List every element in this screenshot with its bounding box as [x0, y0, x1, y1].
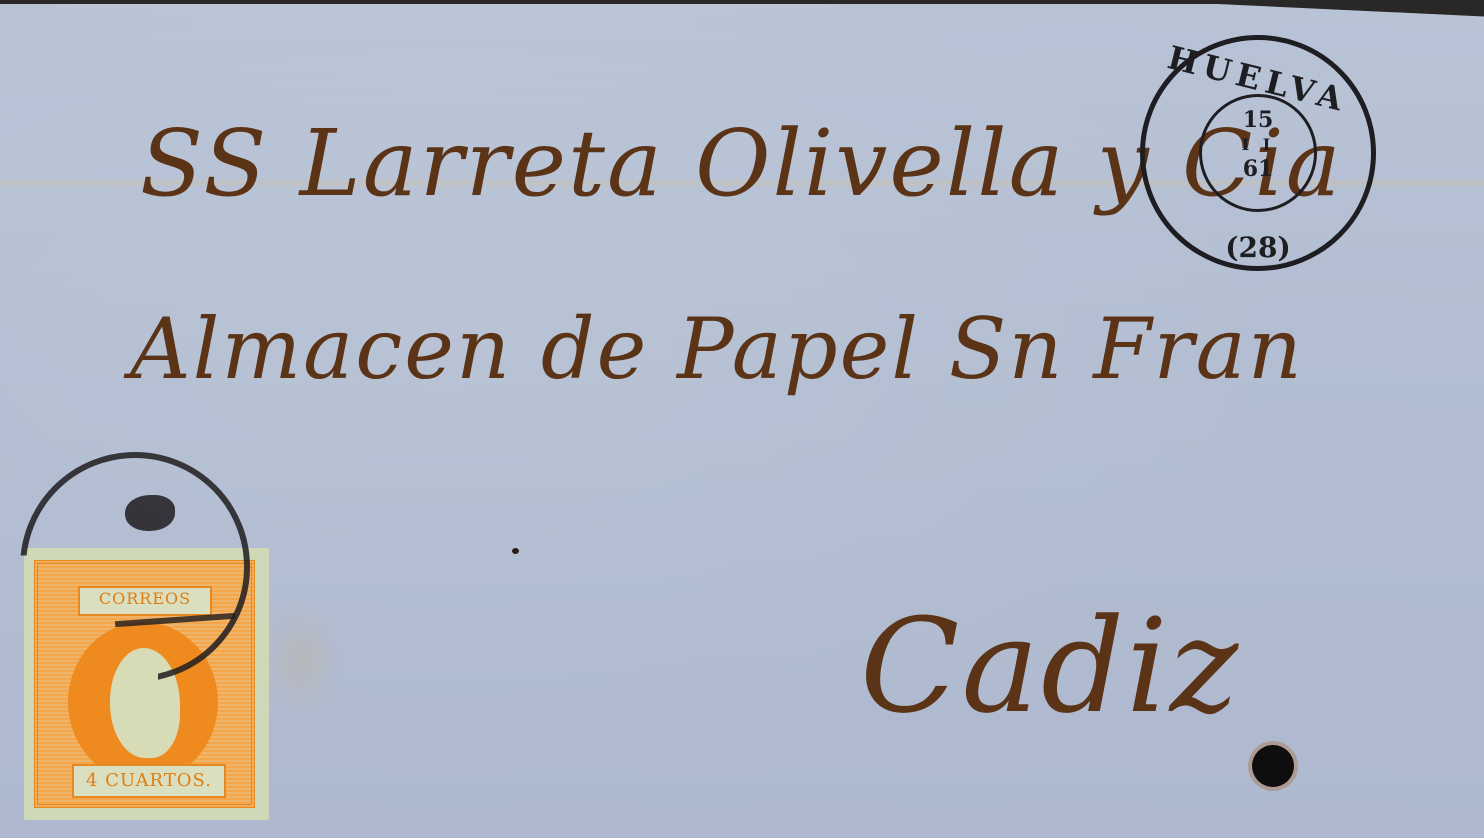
stamp-value-label: 4 CUARTOS.	[72, 764, 226, 798]
postmark-code: (28)	[1145, 231, 1371, 264]
address-line-2: Almacen de Papel Sn Fran	[130, 300, 1304, 398]
postmark-year: 61	[1202, 156, 1314, 182]
address-line-3-city: Cadiz	[860, 590, 1240, 742]
postmark-date-circle: 15 I I 61	[1199, 94, 1317, 212]
ink-dot	[512, 548, 519, 554]
filing-hole	[1252, 745, 1294, 787]
huelva-postmark: HUELVA 15 I I 61 (28)	[1140, 35, 1376, 271]
paper-stain	[260, 600, 340, 720]
cancellation-blot	[125, 495, 175, 531]
postmark-day: 15	[1202, 107, 1314, 133]
postmark-month: I I	[1202, 135, 1314, 154]
